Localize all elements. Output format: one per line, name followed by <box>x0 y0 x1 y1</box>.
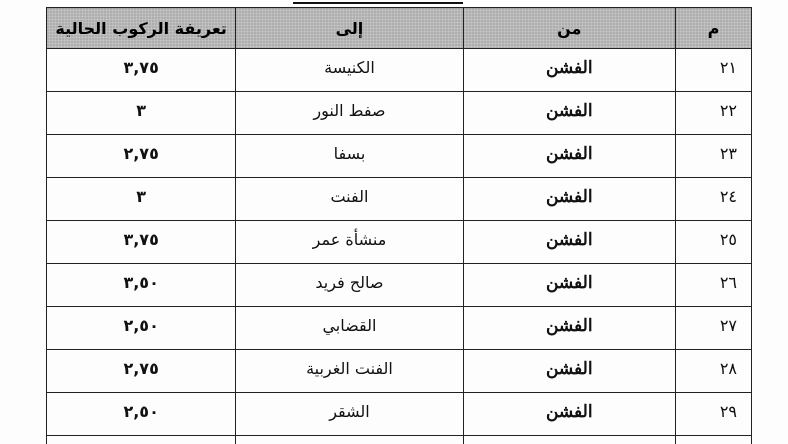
table-row: ٢٣ الفشن بسفا ٢,٧٥ <box>47 135 752 178</box>
row-num: ٢٨ <box>675 350 751 393</box>
table-row: ٢٨ الفشن الفنت الغربية ٢,٧٥ <box>47 350 752 393</box>
row-num-cut <box>675 436 751 444</box>
row-from: الفشن <box>463 49 675 92</box>
row-to: الفنت الغربية <box>236 350 463 393</box>
table-row: ٢١ الفشن الكنيسة ٣,٧٥ <box>47 49 752 92</box>
row-num: ٢٢ <box>675 92 751 135</box>
scanned-document-page: م من إلى تعريفة الركوب الحالية ٢١ الفشن … <box>0 0 788 444</box>
row-to: صفط النور <box>236 92 463 135</box>
row-fare: ٣,٧٥ <box>47 221 236 264</box>
row-num: ٢٦ <box>675 264 751 307</box>
row-from: الفشن <box>463 92 675 135</box>
header-from: من <box>463 8 675 49</box>
row-num: ٢١ <box>675 49 751 92</box>
row-from: الفشن <box>463 178 675 221</box>
header-num: م <box>675 8 751 49</box>
row-to: الكنيسة <box>236 49 463 92</box>
row-num: ٢٤ <box>675 178 751 221</box>
row-fare: ٣ <box>47 178 236 221</box>
table-row: ٢٥ الفشن منشأة عمر ٣,٧٥ <box>47 221 752 264</box>
table-row: ٢٢ الفشن صفط النور ٣ <box>47 92 752 135</box>
row-to: القضابي <box>236 307 463 350</box>
header-fare: تعريفة الركوب الحالية <box>47 8 236 49</box>
row-from: الفشن <box>463 135 675 178</box>
row-num: ٢٣ <box>675 135 751 178</box>
row-to: الفنت <box>236 178 463 221</box>
row-to: منشأة عمر <box>236 221 463 264</box>
row-from: الفشن <box>463 350 675 393</box>
header-to: إلى <box>236 8 463 49</box>
row-num: ٢٩ <box>675 393 751 436</box>
table-row: ٢٤ الفشن الفنت ٣ <box>47 178 752 221</box>
table-row: ٢٦ الفشن صالح فريد ٣,٥٠ <box>47 264 752 307</box>
row-from: الفشن <box>463 221 675 264</box>
table-row-cut-off <box>47 436 752 444</box>
row-fare-cut <box>47 436 236 444</box>
row-from: الفشن <box>463 393 675 436</box>
row-fare: ٣,٧٥ <box>47 49 236 92</box>
row-fare: ٣,٥٠ <box>47 264 236 307</box>
row-num: ٢٧ <box>675 307 751 350</box>
row-to-cut <box>236 436 463 444</box>
row-from: الفشن <box>463 264 675 307</box>
table-row: ٢٧ الفشن القضابي ٢,٥٠ <box>47 307 752 350</box>
row-num: ٢٥ <box>675 221 751 264</box>
row-fare: ٢,٥٠ <box>47 393 236 436</box>
table-header-row: م من إلى تعريفة الركوب الحالية <box>47 8 752 49</box>
row-to: الشقر <box>236 393 463 436</box>
row-to: صالح فريد <box>236 264 463 307</box>
row-from-cut <box>463 436 675 444</box>
title-underline <box>293 2 463 4</box>
row-fare: ٢,٧٥ <box>47 350 236 393</box>
row-from: الفشن <box>463 307 675 350</box>
fare-table: م من إلى تعريفة الركوب الحالية ٢١ الفشن … <box>46 7 752 444</box>
row-fare: ٢,٧٥ <box>47 135 236 178</box>
row-fare: ٣ <box>47 92 236 135</box>
row-fare: ٢,٥٠ <box>47 307 236 350</box>
row-to: بسفا <box>236 135 463 178</box>
table-row: ٢٩ الفشن الشقر ٢,٥٠ <box>47 393 752 436</box>
